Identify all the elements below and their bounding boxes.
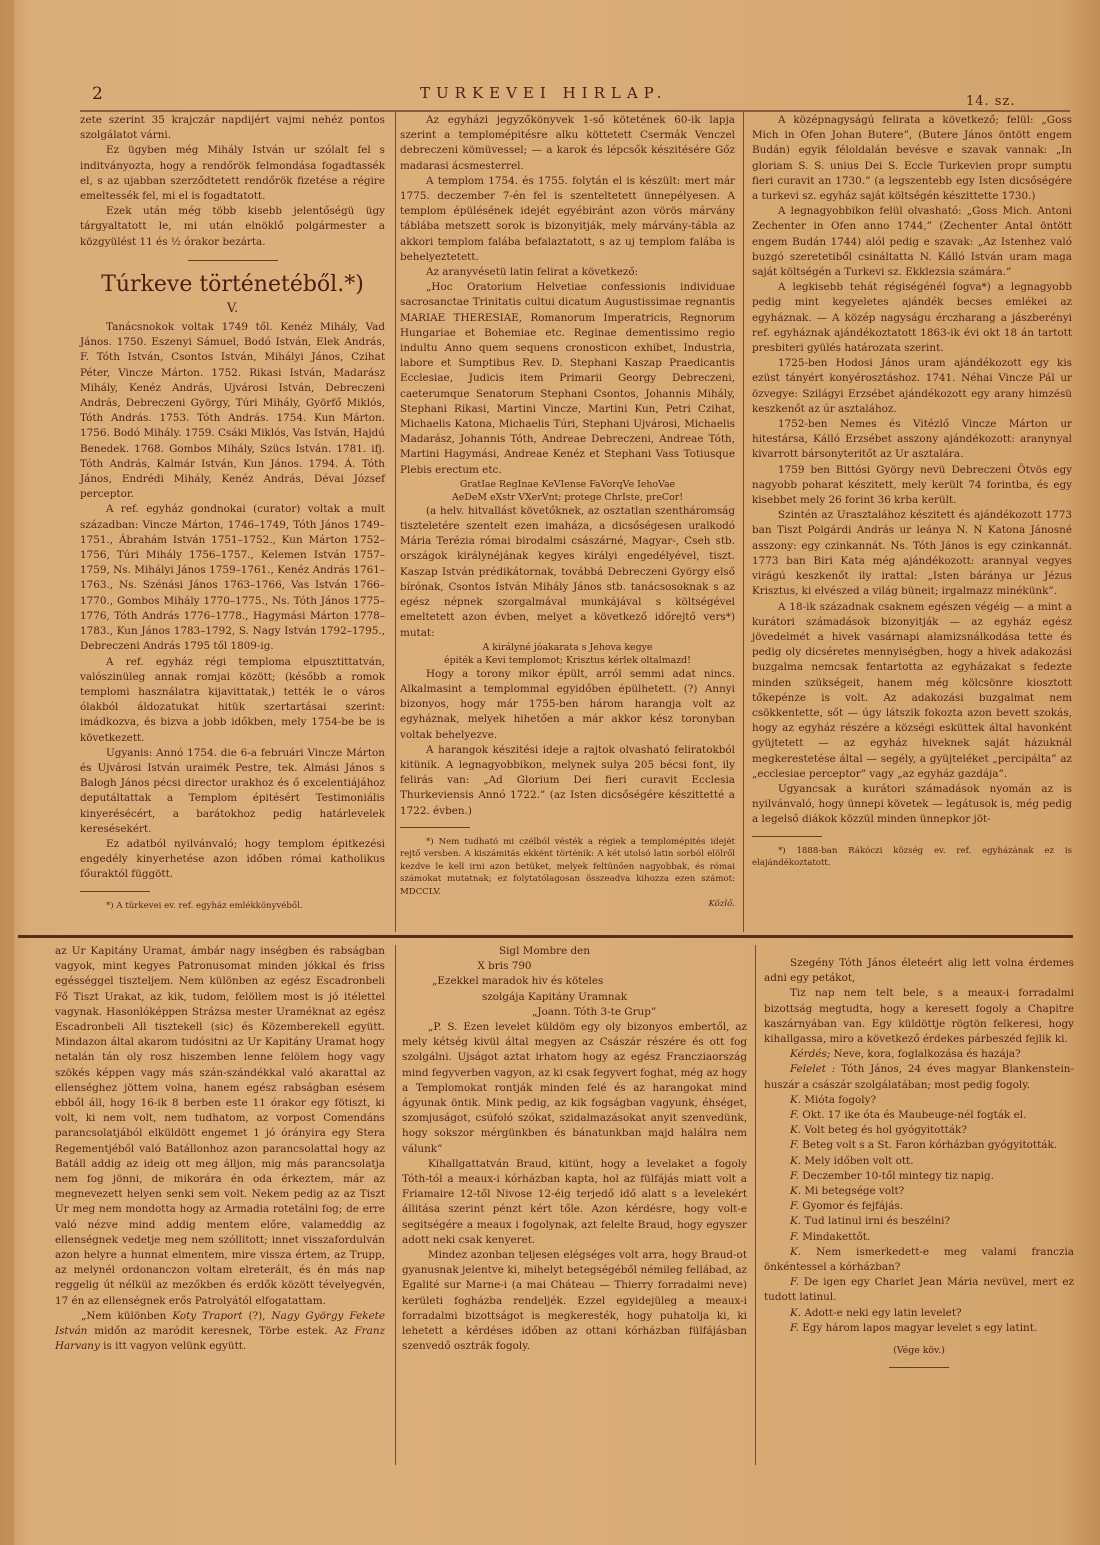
dialogue-line: F. Egy három lapos magyar levelet s egy … [764,1321,1074,1336]
paragraph: Kihallgattatván Braud, kitünt, hogy a le… [402,1157,747,1248]
dialogue-line: F. Gyomor és fejfájás. [764,1199,1074,1214]
paragraph: Ez adatból nyilvánvaló; hogy templom épi… [80,837,385,883]
letter-closing: szolgája Kapitány Uramnak [402,990,747,1005]
issue-number: 14. sz. [966,94,1015,109]
dialogue-line: K. Nem ismerkedett-e meg valami franczia… [764,1245,1074,1275]
column-right-top: A középnagyságú felirata a következő; fe… [752,113,1072,870]
paragraph: Ugyancsak a kurátori számadások nyomán a… [752,782,1072,828]
paragraph: (a helv. hitvallást követőknek, az oszta… [400,504,735,641]
paragraph: 1752-ben Nemes és Vitézlő Vincze Márton … [752,417,1072,463]
dialogue-line: F. Deczember 10-től mintegy tiz napig. [764,1169,1074,1184]
column-divider [743,112,744,932]
page-number: 2 [92,84,103,104]
dialogue-line: K. Volt beteg és hol gyógyitották? [764,1123,1074,1138]
continued-note: (Vége köv.) [764,1344,1074,1357]
paragraph: A középnagyságú felirata a következő; fe… [752,113,1072,204]
page-edge-shadow [0,0,14,1545]
paragraph: zete szerint 35 krajczár napdijért vajmi… [80,113,385,143]
dialogue-line: F. De igen egy Charlet Jean Mária nevüve… [764,1275,1074,1305]
paragraph: A harangok készitési ideje a rajtok olva… [400,743,735,819]
column-right-bottom: Szegény Tóth János életeért alig lett vo… [764,956,1074,1378]
separator-rule [889,1367,949,1368]
dialogue-line: Kérdés; Neve, kora, foglalkozása és hazá… [764,1047,1074,1062]
dialogue-line: K. Mióta fogoly? [764,1093,1074,1108]
letter-text: az Ur Kapitány Uramat, ámbár nagy inségb… [55,944,385,1309]
paragraph: Az egyházi jegyzőkönyvek 1-ső kötetének … [400,113,735,174]
footnote-signature: Közlő. [400,898,735,911]
paragraph: Hogy a torony mikor épült, arról semmi a… [400,667,735,743]
separator-rule [188,260,278,261]
verse-line: A királyné jóakarata s Jehova kegye [400,641,735,654]
paragraph: Ez ügyben még Mihály István ur szólalt f… [80,143,385,204]
paragraph: A ref. egyház régi temploma elpusztittat… [80,655,385,746]
dialogue-line: K. Adott-e neki egy latin levelet? [764,1306,1074,1321]
dialogue-line: Felelet : Tóth János, 24 éves magyar Bla… [764,1062,1074,1092]
dialogue-line: K. Mi betegsége volt? [764,1184,1074,1199]
paragraph: A ref. egyház gondnokai (curator) voltak… [80,502,385,654]
dialogue-line: F. Mindakettőt. [764,1230,1074,1245]
paragraph: Tiz nap nem telt bele, s a meaux-i forra… [764,986,1074,1047]
dialogue-line: K. Tud latinul irni és beszélni? [764,1214,1074,1229]
paragraph: 1725-ben Hodosi János uram ajándékozott … [752,356,1072,417]
chronogram-line: GratIae RegInae KeVIense FaVorqVe IehoVa… [400,478,735,491]
paragraph: A legkisebb tehát régiségénél fogva*) a … [752,280,1072,356]
verse-line: épiték a Kevi templomot; Krisztus kérlek… [400,654,735,667]
column-middle-bottom: Sigl Mombre den X bris 790 „Ezekkel mara… [402,944,747,1354]
section-rule [18,935,1073,938]
footnote-rule [752,836,822,837]
masthead: TURKEVEI HIRLAP. [420,84,668,102]
column-left-bottom: az Ur Kapitány Uramat, ámbár nagy inségb… [55,944,385,1354]
paragraph: Tanácsnokok voltak 1749 től. Kenéz Mihál… [80,320,385,502]
dateline: Sigl Mombre den [342,944,747,959]
column-divider [755,945,756,1465]
paragraph: Mindez azonban teljesen elégséges volt a… [402,1248,747,1354]
paragraph: Szegény Tóth János életeért alig lett vo… [764,956,1074,986]
paragraph: A templom 1754. és 1755. folytán el is k… [400,174,735,265]
footnote: *) 1888-ban Rákóczi község ev. ref. egyh… [752,845,1072,870]
column-left-top: zete szerint 35 krajczár napdijért vajmi… [80,113,385,912]
letter-closing: „Nem különben Koty Traport (?), Nagy Gyö… [55,1309,385,1355]
newspaper-page: 2 TURKEVEI HIRLAP. 14. sz. zete szerint … [0,0,1100,1545]
dialogue-line: F. Okt. 17 ike óta és Maubeuge-nél fogtá… [764,1108,1074,1123]
paragraph: A legnagyobbikon felül olvasható: „Goss … [752,204,1072,280]
letter-signature: „Joann. Tóth 3-te Grup” [402,1005,747,1020]
dialogue-line: F. Beteg volt s a St. Faron kórházban gy… [764,1138,1074,1153]
footnote: *) A türkevei ev. ref. egyház emlékkönyv… [80,900,385,913]
footnote-rule [400,827,470,828]
paragraph: Szintén az Urasztalához készitett és ajá… [752,508,1072,599]
letter-closing: „Ezekkel maradok hiv és köteles [402,974,747,989]
header-rule [80,110,1070,112]
column-middle-top: Az egyházi jegyzőkönyvek 1-ső kötetének … [400,113,735,911]
paragraph: A 18-ik századnak csaknem egészen végéig… [752,600,1072,782]
paragraph: „P. S. Ezen levelet küldöm egy oly bizon… [402,1020,747,1157]
dialogue-line: K. Mely időben volt ott. [764,1154,1074,1169]
paragraph: Ezek után még több kisebb jelentőségü üg… [80,204,385,250]
chronogram-line: AeDeM eXstr VXerVnt; protege ChrIste, pr… [400,491,735,504]
footnote: *) Nem tudható mi czélból vésték a régie… [400,836,735,899]
paragraph: Ugyanis: Annó 1754. die 6-a februári Vin… [80,746,385,837]
article-part: V. [80,301,385,316]
latin-inscription: „Hoc Oratorium Helvetiae confessionis in… [400,280,735,478]
dateline: X bris 790 [262,959,747,974]
column-divider [395,945,396,1465]
column-divider [395,112,396,932]
paragraph: 1759 ben Bittósi György nevü Debreczeni … [752,463,1072,509]
paragraph: Az aranyvésetü latin felirat a következő… [400,265,735,280]
footnote-rule [80,891,150,892]
article-title: Túrkeve történetéből.*) [80,271,385,299]
